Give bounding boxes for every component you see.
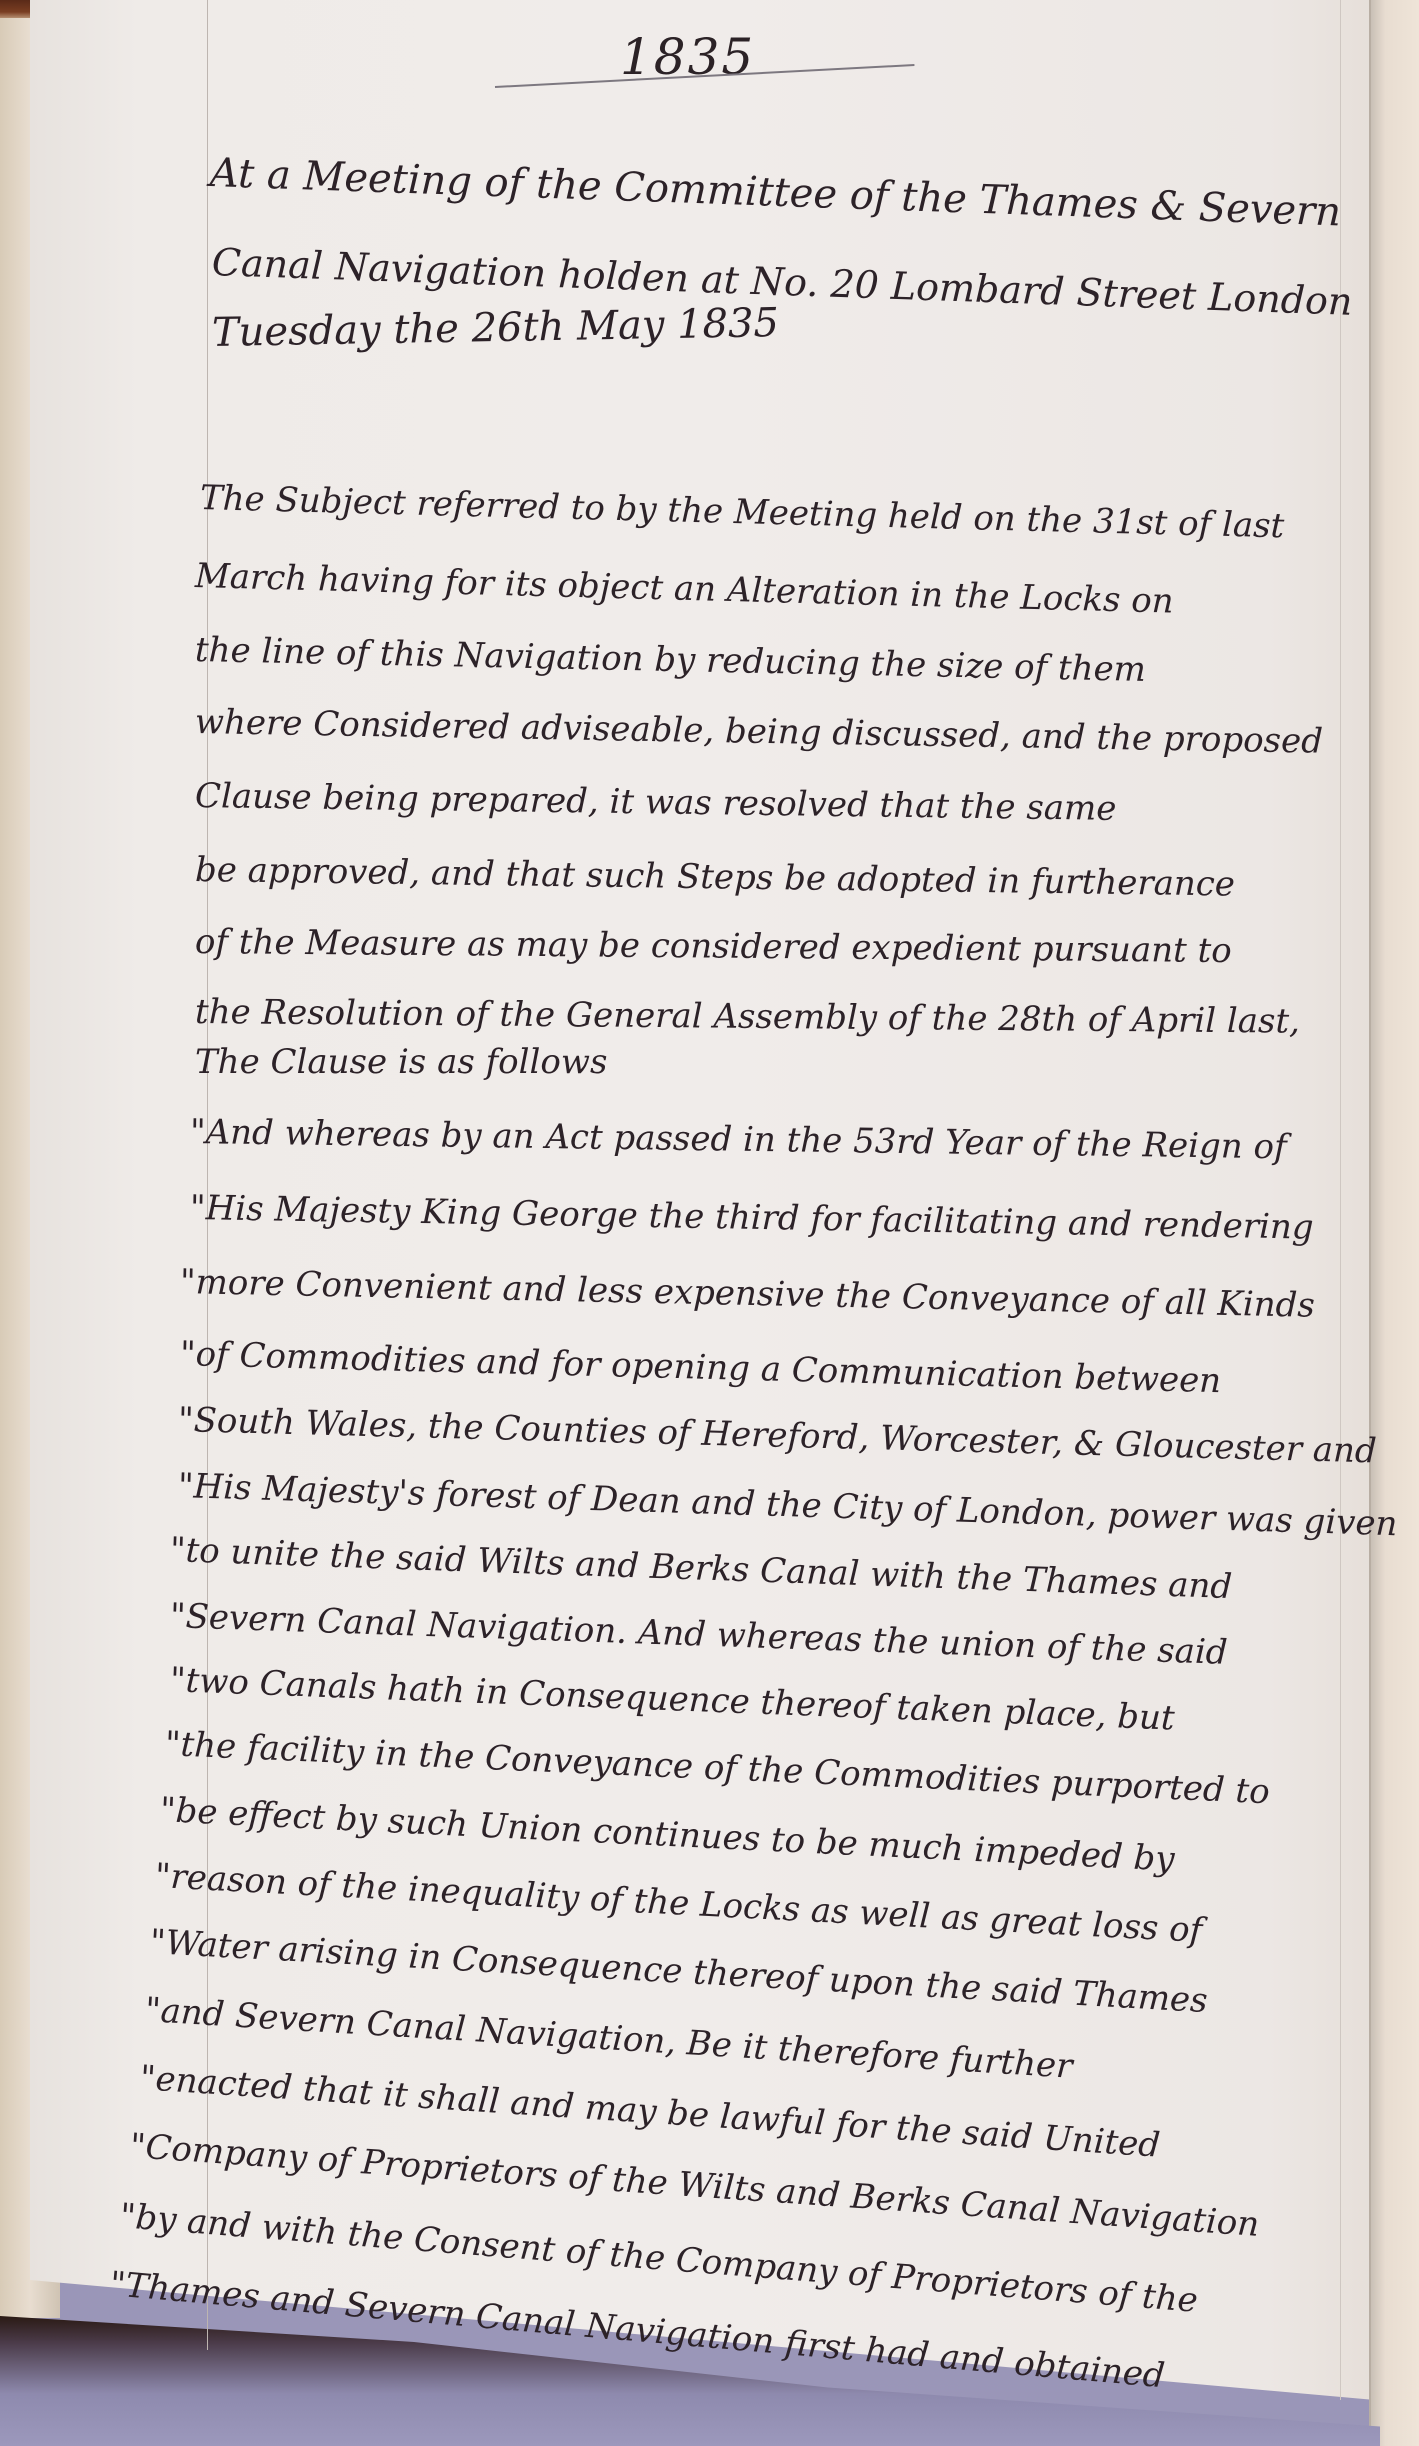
right-margin-rule	[1340, 0, 1341, 2400]
right-page-edge	[1369, 0, 1419, 2446]
resolution-line: The Clause is as follows	[195, 1042, 607, 1082]
